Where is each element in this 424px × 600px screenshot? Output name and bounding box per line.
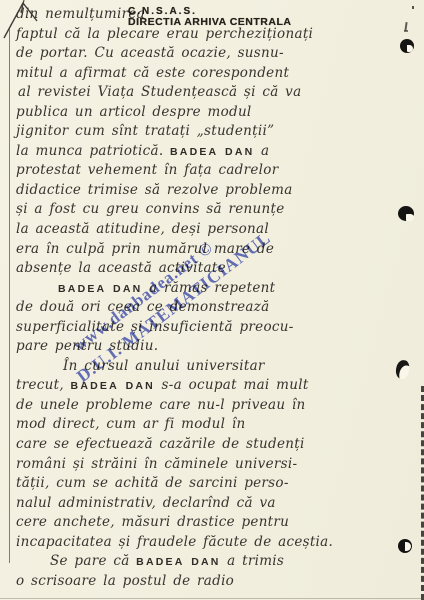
manuscript-line: care se efectuează cazările de studenți [16,435,400,455]
manuscript-line: BADEA DAN a rămas repetent [58,279,400,299]
manuscript-line: la această atitudine, deși personal [16,220,400,240]
manuscript-line: și a fost cu greu convins să renunțe [16,200,400,220]
manuscript-line: era în culpă prin numărul mare de [16,240,400,260]
manuscript-line: de unele probleme care nu-l priveau în [16,396,400,416]
manuscript-line: tății, cum se achită de sarcini perso- [16,474,400,494]
person-name: BADEA DAN [71,380,155,392]
manuscript-line: pare pentru studiu. [16,337,400,357]
manuscript-line: la munca patriotică. BADEA DAN a [16,142,400,162]
stamp-department: DIRECTIA ARHIVA CENTRALA [128,17,291,28]
punch-hole [395,359,411,380]
scan-edge-smudge [0,598,424,599]
margin-rule [9,29,10,563]
manuscript-line: mod direct, cum ar fi modul în [16,415,400,435]
person-name: BADEA DAN [58,283,142,295]
manuscript-line: publica un articol despre modul [16,103,400,123]
punch-hole [398,539,412,553]
manuscript-line: incapacitatea și fraudele făcute de aceș… [16,533,400,553]
manuscript-line: de două ori ceea ce demonstrează [16,298,400,318]
ink-tick-mark-2 [404,30,408,32]
manuscript-line: didactice trimise să rezolve problema [16,181,400,201]
manuscript-line: protestat vehement în fața cadrelor [16,161,400,181]
ink-dot-mark [412,6,414,9]
document-page: din nemulțumireafaptul că la plecare era… [0,0,424,600]
manuscript-line: nalul administrativ, declarînd că va [16,494,400,514]
manuscript-line: Se pare că BADEA DAN a trimis [50,552,400,572]
manuscript-line: de portar. Cu această ocazie, susnu- [16,44,400,64]
manuscript-line: superficialitate și insuficientă preocu- [16,318,400,338]
manuscript-line: o scrisoare la postul de radio [16,572,400,592]
archive-stamp: C.N.S.A.S. DIRECTIA ARHIVA CENTRALA [128,6,291,28]
punch-hole [400,39,414,53]
person-name: BADEA DAN [136,556,220,568]
manuscript-line: trecut, BADEA DAN s-a ocupat mai mult [16,376,400,396]
manuscript-line: mitul a afirmat că este corespondent [16,64,400,84]
person-name: BADEA DAN [170,146,254,158]
manuscript-line: absențe la această activitate [16,259,400,279]
punch-hole [398,206,414,221]
manuscript-line: români și străini în căminele universi- [16,455,400,475]
manuscript-line: În cursul anului universitar [63,357,400,377]
manuscript-line: al revistei Viața Studențească și că va [18,83,400,103]
manuscript: din nemulțumireafaptul că la plecare era… [16,5,400,591]
manuscript-line: jignitor cum sînt tratați „studenții” [16,122,400,142]
manuscript-line: cere anchete, măsuri drastice pentru [16,513,400,533]
